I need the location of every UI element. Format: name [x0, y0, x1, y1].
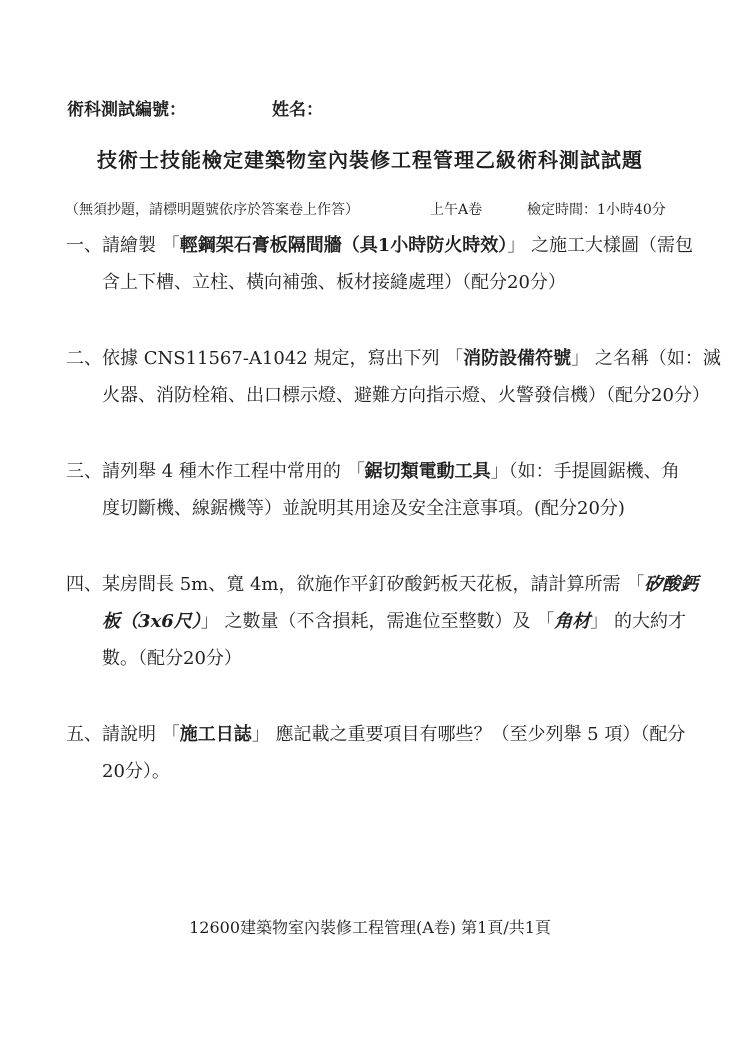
- key-term: 輕鋼架石膏板隔間牆（具1小時防火時效）: [180, 235, 508, 256]
- exam-paper-page: 術科測試編號： 姓名： 技術士技能檢定建築物室內裝修工程管理乙級術科測試試題 （…: [0, 0, 740, 1047]
- text-run: 含上下槽、立柱、橫向補強、板材接縫處理）（配分20分）: [102, 272, 566, 293]
- session-label: 上午A卷: [430, 201, 482, 219]
- key-term: 鋸切類電動工具: [365, 461, 491, 482]
- question-line: 度切斷機、線鋸機等）並說明其用途及安全注意事項。(配分20分): [102, 490, 706, 527]
- text-run: 請列舉 4 種木作工程中常用的 「: [102, 461, 365, 482]
- text-run: 」 的大約才: [590, 611, 686, 632]
- question-item: 四、某房間長 5m、寬 4m，欲施作平釘矽酸鈣板天花板，請計算所需 「矽酸鈣板（…: [66, 566, 706, 677]
- question-line: 火器、消防栓箱、出口標示燈、避難方向指示燈、火警發信機）（配分20分）: [102, 377, 706, 414]
- question-line: 請繪製 「輕鋼架石膏板隔間牆（具1小時防火時效）」 之施工大樣圖（需包: [102, 227, 706, 264]
- header-row: 術科測試編號： 姓名：: [67, 100, 700, 120]
- text-run: 」 之數量（不含損耗，需進位至整數）及 「: [201, 611, 554, 632]
- question-number: 一、: [66, 227, 102, 264]
- question-line: 依據 CNS11567-A1042 規定，寫出下列 「消防設備符號」 之名稱（如…: [102, 340, 706, 377]
- time-limit-label: 檢定時間：1小時40分: [527, 201, 666, 219]
- question-item: 五、請說明 「施工日誌」 應記載之重要項目有哪些？（至少列舉 5 項）（配分20…: [66, 716, 706, 790]
- text-run: 依據 CNS11567-A1042 規定，寫出下列 「: [102, 348, 463, 369]
- name-label: 姓名：: [272, 100, 323, 120]
- instruction-note: （無須抄題，請標明題號依序於答案卷上作答）: [65, 201, 359, 219]
- question-item: 一、請繪製 「輕鋼架石膏板隔間牆（具1小時防火時效）」 之施工大樣圖（需包含上下…: [66, 227, 706, 301]
- text-run: 」（如：手提圓鋸機、角: [491, 461, 680, 482]
- question-line: 板（3x6尺）」 之數量（不含損耗，需進位至整數）及 「角材」 的大約才: [102, 603, 706, 640]
- text-run: 數。（配分20分）: [102, 648, 242, 669]
- text-run: 」 之名稱（如：滅: [571, 348, 721, 369]
- question-number: 三、: [66, 453, 102, 490]
- question-item: 三、請列舉 4 種木作工程中常用的 「鋸切類電動工具」（如：手提圓鋸機、角度切斷…: [66, 453, 706, 527]
- text-run: 」 應記載之重要項目有哪些？（至少列舉 5 項）（配分: [252, 724, 686, 745]
- key-term: 矽酸鈣: [644, 574, 698, 595]
- question-line: 含上下槽、立柱、橫向補強、板材接縫處理）（配分20分）: [102, 264, 706, 301]
- key-term: 板（3x6尺）: [102, 611, 201, 632]
- question-line: 數。（配分20分）: [102, 640, 706, 677]
- key-term: 施工日誌: [180, 724, 252, 745]
- text-run: 某房間長 5m、寬 4m，欲施作平釘矽酸鈣板天花板，請計算所需 「: [102, 574, 644, 595]
- question-number: 五、: [66, 716, 102, 753]
- text-run: 度切斷機、線鋸機等）並說明其用途及安全注意事項。(配分20分): [102, 498, 625, 519]
- key-term: 消防設備符號: [463, 348, 571, 369]
- footer-text: 12600建築物室內裝修工程管理(A卷) 第1頁/共1頁: [0, 918, 740, 939]
- question-line: 20分）。: [102, 753, 706, 790]
- text-run: 火器、消防栓箱、出口標示燈、避難方向指示燈、火警發信機）（配分20分）: [102, 385, 710, 406]
- key-term: 角材: [554, 611, 590, 632]
- text-run: 請繪製 「: [102, 235, 180, 256]
- question-list: 一、請繪製 「輕鋼架石膏板隔間牆（具1小時防火時效）」 之施工大樣圖（需包含上下…: [66, 227, 706, 829]
- question-item: 二、依據 CNS11567-A1042 規定，寫出下列 「消防設備符號」 之名稱…: [66, 340, 706, 414]
- question-number: 二、: [66, 340, 102, 377]
- question-line: 請說明 「施工日誌」 應記載之重要項目有哪些？（至少列舉 5 項）（配分: [102, 716, 706, 753]
- question-line: 某房間長 5m、寬 4m，欲施作平釘矽酸鈣板天花板，請計算所需 「矽酸鈣: [102, 566, 706, 603]
- page-title: 技術士技能檢定建築物室內裝修工程管理乙級術科測試試題: [0, 147, 740, 173]
- question-number: 四、: [66, 566, 102, 603]
- text-run: 」 之施工大樣圖（需包: [507, 235, 693, 256]
- question-line: 請列舉 4 種木作工程中常用的 「鋸切類電動工具」（如：手提圓鋸機、角: [102, 453, 706, 490]
- text-run: 請說明 「: [102, 724, 180, 745]
- text-run: 20分）。: [102, 761, 170, 782]
- exam-number-label: 術科測試編號：: [67, 100, 186, 120]
- info-row: （無須抄題，請標明題號依序於答案卷上作答） 上午A卷 檢定時間：1小時40分: [65, 201, 710, 223]
